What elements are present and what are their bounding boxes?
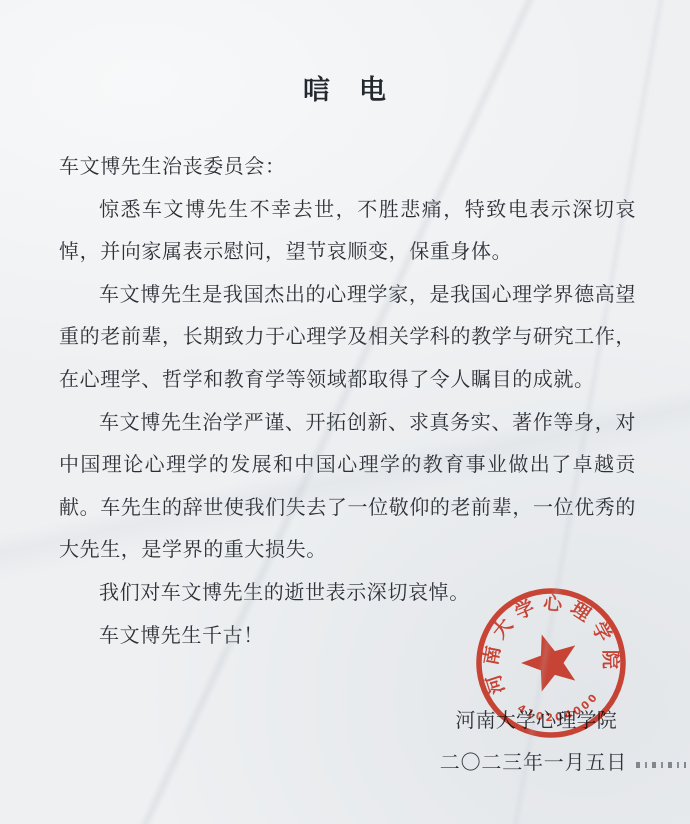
paragraph-1: 惊悉车文博先生不幸去世，不胜悲痛，特致电表示深切哀悼，并向家属表示慰问，望节哀顺…: [59, 189, 636, 274]
paragraph-3: 车文博先生治学严谨、开拓创新、求真务实、著作等身，对中国理论心理学的发展和中国心…: [59, 402, 636, 572]
salutation-line: 车文博先生治丧委员会：: [59, 146, 636, 189]
scan-artifact-marks: [636, 762, 686, 768]
seal-star-icon: [515, 626, 586, 695]
paragraph-2: 车文博先生是我国杰出的心理学家，是我国心理学界德高望重的老前辈，长期致力于心理学…: [59, 274, 636, 402]
official-red-seal: 河南大学心理学院 41020400012: [458, 570, 645, 757]
document-title: 唁 电: [0, 68, 690, 107]
signature-date: 二〇二三年一月五日: [440, 746, 627, 775]
condolence-telegram-page: 唁 电 车文博先生治丧委员会： 惊悉车文博先生不幸去世，不胜悲痛，特致电表示深切…: [0, 0, 690, 824]
